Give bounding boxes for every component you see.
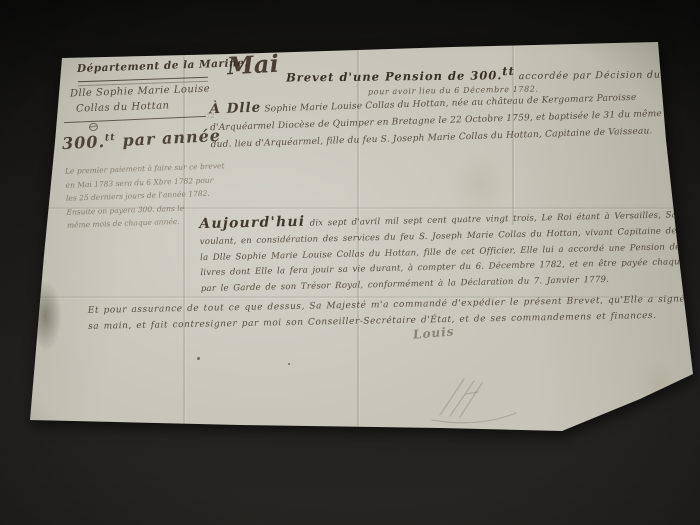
photo-background: Département de la Marine. Mai Brevet d'u… (0, 0, 700, 525)
livre-abbreviation: tt (105, 132, 116, 144)
document-paper: Département de la Marine. Mai Brevet d'u… (0, 0, 700, 525)
brevet-title-line1: Brevet d'une Pension de 300.tt accordée … (286, 62, 700, 85)
grant-paragraph: Aujourd'hui dix sept d'avril mil sept ce… (199, 203, 700, 298)
royal-signature: Louis (412, 324, 455, 342)
brevet-title-main: Brevet d'une Pension de 300. (286, 68, 502, 84)
pension-amount: 300.tt par année (62, 126, 222, 153)
recital-paragraph: À Dlle Sophie Marie Louise Collas du Hot… (209, 85, 700, 154)
livre-abbreviation: tt (502, 64, 515, 78)
brevet-title-rest: accordée par Décision du 8 Mars 1783, (519, 69, 700, 82)
month-annotation: Mai (226, 49, 280, 81)
department-header: Département de la Marine. (77, 57, 249, 75)
edge-smudge-stain (34, 280, 62, 352)
pension-amount-value: 300. (62, 132, 106, 153)
corner-foxing-stain (640, 360, 676, 406)
ink-speck (606, 414, 611, 418)
circular-pen-mark (88, 122, 98, 131)
ink-speck (197, 357, 200, 360)
pension-amount-suffix: par année (122, 126, 221, 150)
ink-speck (288, 363, 290, 365)
grant-opening: Aujourd'hui (199, 214, 305, 232)
recital-opening: À Dlle (209, 100, 261, 118)
ink-speck (616, 422, 619, 425)
faint-countersignature-mark (420, 370, 540, 425)
grantee-name-line2: Collas du Hottan (76, 100, 170, 114)
grantee-name-line1: Dlle Sophie Marie Louise (70, 84, 210, 100)
paper-shadow: Département de la Marine. Mai Brevet d'u… (0, 0, 700, 525)
closing-paragraph: Et pour assurance de tout ce que dessus,… (88, 292, 700, 335)
fold-crease-left (183, 40, 185, 435)
